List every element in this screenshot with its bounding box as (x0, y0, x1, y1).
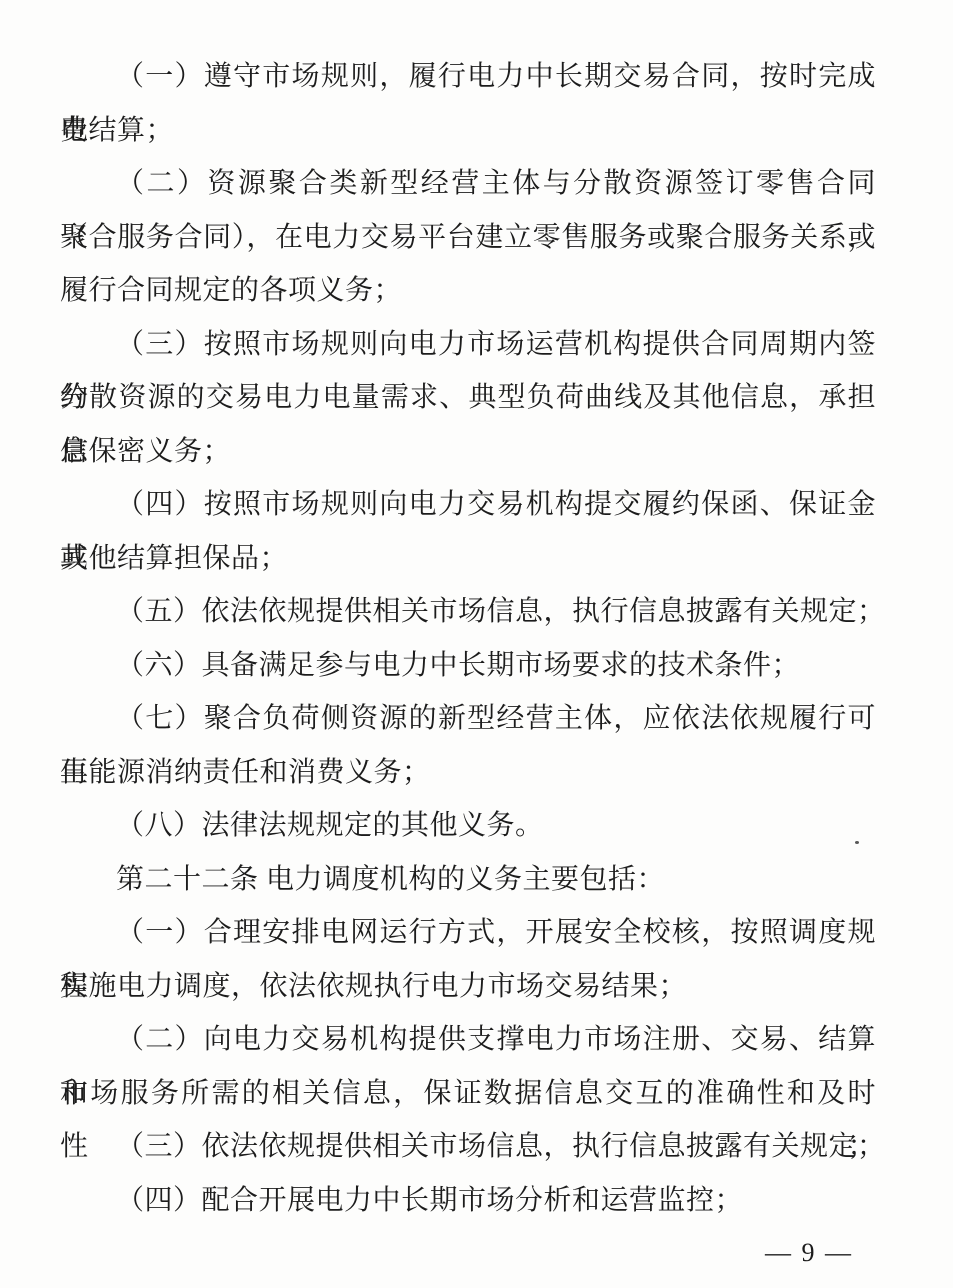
text-line: 聚合服务合同），在电力交易平台建立零售服务或聚合服务关系， (60, 211, 876, 265)
text-line: （二）向电力交易机构提供支撑电力市场注册、交易、结算和 (60, 1013, 876, 1067)
text-line: 生能源消纳责任和消费义务； (60, 746, 876, 800)
text-line: （一）合理安排电网运行方式，开展安全校核，按照调度规程 (60, 906, 876, 960)
text-line: （五）依法依规提供相关市场信息，执行信息披露有关规定； (60, 585, 876, 639)
scan-speck (855, 841, 859, 844)
text-line: （四）配合开展电力中长期市场分析和运营监控； (60, 1174, 876, 1228)
text-line: （二）资源聚合类新型经营主体与分散资源签订零售合同（或 (60, 157, 876, 211)
document-page: （一）遵守市场规则，履行电力中长期交易合同，按时完成电 费结算； （二）资源聚合… (0, 0, 953, 1288)
text-line: （七）聚合负荷侧资源的新型经营主体，应依法依规履行可再 (60, 692, 876, 746)
text-line: 其他结算担保品； (60, 532, 876, 586)
text-line: （八）法律法规规定的其他义务。 (60, 799, 876, 853)
text-line: 费结算； (60, 104, 876, 158)
text-line: （四）按照市场规则向电力交易机构提交履约保函、保证金或 (60, 478, 876, 532)
page-number: — 9 — (765, 1238, 853, 1268)
text-line: 息保密义务； (60, 425, 876, 479)
text-line: （六）具备满足参与电力中长期市场要求的技术条件； (60, 639, 876, 693)
text-line: 履行合同规定的各项义务； (60, 264, 876, 318)
text-line: 实施电力调度，依法依规执行电力市场交易结果； (60, 960, 876, 1014)
text-line: 市场服务所需的相关信息，保证数据信息交互的准确性和及时性； (60, 1067, 876, 1121)
article-heading: 第二十二条 电力调度机构的义务主要包括： (60, 853, 876, 907)
text-line: （三）按照市场规则向电力市场运营机构提供合同周期内签约 (60, 318, 876, 372)
text-line: （一）遵守市场规则，履行电力中长期交易合同，按时完成电 (60, 50, 876, 104)
text-line: 分散资源的交易电力电量需求、典型负荷曲线及其他信息，承担信 (60, 371, 876, 425)
document-body: （一）遵守市场规则，履行电力中长期交易合同，按时完成电 费结算； （二）资源聚合… (60, 50, 876, 1227)
text-line: （三）依法依规提供相关市场信息，执行信息披露有关规定； (60, 1120, 876, 1174)
